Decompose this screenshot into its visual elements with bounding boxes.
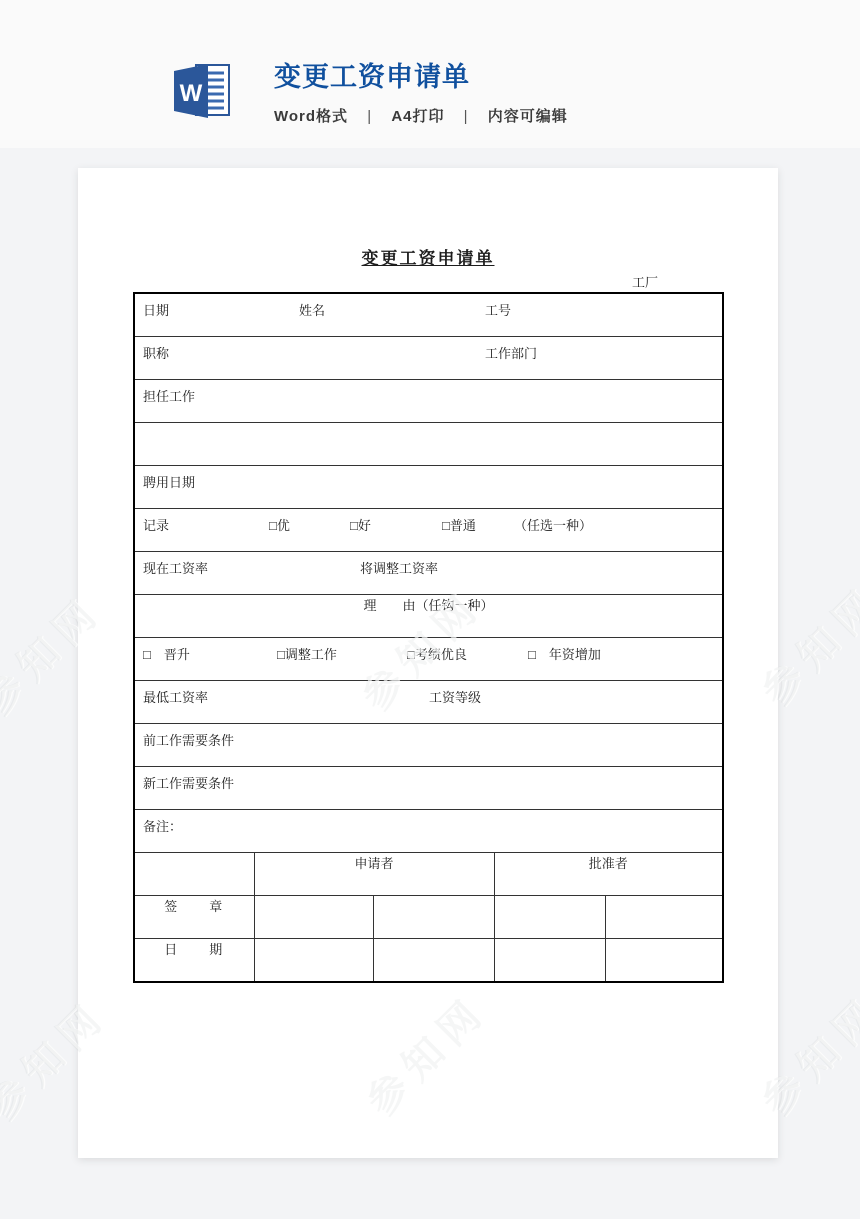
remark-label: 备注： bbox=[143, 816, 182, 835]
row-rates: 现在工资率 将调整工资率 bbox=[134, 551, 723, 594]
applicant-label: 申请者 bbox=[254, 852, 494, 895]
word-icon: W bbox=[172, 62, 232, 120]
reason-seniority-checkbox: □ 年资增加 bbox=[528, 644, 601, 663]
seal-cell-applicant-2 bbox=[373, 895, 494, 938]
duty-label: 担任工作 bbox=[143, 386, 195, 405]
current-rate-label: 现在工资率 bbox=[143, 558, 208, 577]
adjusted-rate-label: 将调整工资率 bbox=[360, 558, 438, 577]
doc-format-meta: Word格式 | A4打印 | 内容可编辑 bbox=[274, 105, 568, 126]
document-page: 变更工资申请单 工厂 日期 姓名 工号 职称 bbox=[78, 168, 778, 1158]
row-jobtitle-department: 职称 工作部门 bbox=[134, 336, 723, 379]
row-remarks: 备注： bbox=[134, 809, 723, 852]
approver-label: 批准者 bbox=[494, 852, 723, 895]
document-title: 变更工资申请单 bbox=[78, 244, 778, 269]
reason-job-change-checkbox: □调整工作 bbox=[277, 644, 337, 663]
seal-cell-applicant-1 bbox=[254, 895, 373, 938]
reason-promotion-checkbox: □ 晋升 bbox=[143, 644, 190, 663]
date-cell-approver-2 bbox=[605, 938, 723, 982]
row-reason-header: 理 由（任钩一种） bbox=[134, 594, 723, 637]
seal-cell-approver-2 bbox=[605, 895, 723, 938]
prev-job-req-label: 前工作需要条件 bbox=[143, 730, 234, 749]
date-row-label: 日 期 bbox=[134, 938, 254, 982]
record-option-good-checkbox: □好 bbox=[350, 515, 371, 534]
row-reason-options: □ 晋升 □调整工作 □考绩优良 □ 年资增加 bbox=[134, 637, 723, 680]
date-cell-applicant-1 bbox=[254, 938, 373, 982]
date-cell-applicant-2 bbox=[373, 938, 494, 982]
hire-date-label: 聘用日期 bbox=[143, 472, 195, 491]
row-new-job-req: 新工作需要条件 bbox=[134, 766, 723, 809]
reason-merit-checkbox: □考绩优良 bbox=[407, 644, 467, 663]
row-record: 记录 □优 □好 □普通 （任选一种） bbox=[134, 508, 723, 551]
row-empty bbox=[134, 422, 723, 465]
seal-cell-approver-1 bbox=[494, 895, 605, 938]
min-rate-label: 最低工资率 bbox=[143, 687, 208, 706]
row-sign-date: 日 期 bbox=[134, 938, 723, 982]
seal-row-label: 签 章 bbox=[134, 895, 254, 938]
document-preview-area: 变更工资申请单 工厂 日期 姓名 工号 职称 bbox=[0, 148, 860, 1219]
row-hire-date: 聘用日期 bbox=[134, 465, 723, 508]
department-label: 工作部门 bbox=[485, 343, 537, 362]
record-option-excellent-checkbox: □优 bbox=[269, 515, 290, 534]
row-seal: 签 章 bbox=[134, 895, 723, 938]
salary-change-form-table: 日期 姓名 工号 职称 工作部门 担任工作 bbox=[133, 292, 724, 983]
row-prev-job-req: 前工作需要条件 bbox=[134, 723, 723, 766]
row-date-name-id: 日期 姓名 工号 bbox=[134, 293, 723, 336]
factory-label: 工厂 bbox=[78, 274, 658, 291]
record-option-normal-checkbox: □普通 bbox=[442, 515, 476, 534]
reason-header: 理 由（任钩一种） bbox=[134, 594, 723, 637]
site-header: W 变更工资申请单 Word格式 | A4打印 | 内容可编辑 bbox=[0, 0, 860, 148]
grade-label: 工资等级 bbox=[429, 687, 481, 706]
meta-editable: 内容可编辑 bbox=[488, 108, 568, 125]
record-option-note: （任选一种） bbox=[514, 515, 592, 534]
date-label: 日期 bbox=[143, 300, 169, 319]
name-label: 姓名 bbox=[299, 300, 325, 319]
worker-id-label: 工号 bbox=[485, 300, 511, 319]
page-title: 变更工资申请单 bbox=[274, 62, 568, 92]
job-title-label: 职称 bbox=[143, 343, 169, 362]
new-job-req-label: 新工作需要条件 bbox=[143, 773, 234, 792]
word-icon-letter: W bbox=[180, 80, 203, 107]
meta-separator: | bbox=[367, 108, 372, 125]
meta-a4-print: A4打印 bbox=[391, 108, 444, 125]
meta-separator: | bbox=[464, 108, 469, 125]
record-label: 记录 bbox=[143, 515, 169, 534]
date-cell-approver-1 bbox=[494, 938, 605, 982]
meta-word-format: Word格式 bbox=[274, 108, 348, 125]
row-duty: 担任工作 bbox=[134, 379, 723, 422]
row-minrate-grade: 最低工资率 工资等级 bbox=[134, 680, 723, 723]
row-signature-header: 申请者 批准者 bbox=[134, 852, 723, 895]
